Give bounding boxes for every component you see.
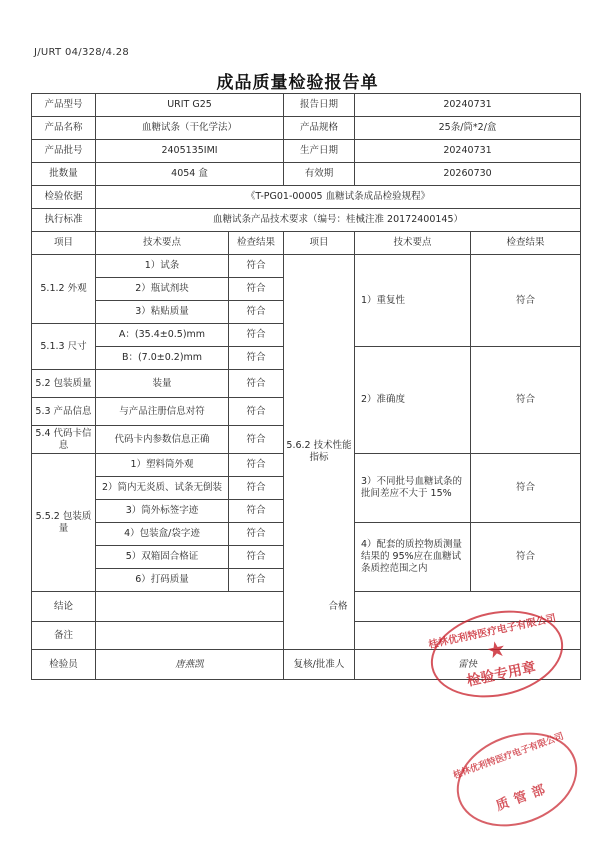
- result: 符合: [229, 301, 284, 324]
- header: 项目: [284, 232, 355, 255]
- tech-point: B：(7.0±0.2)mm: [96, 347, 229, 370]
- result: 符合: [229, 347, 284, 370]
- result: 符合: [471, 523, 581, 592]
- label: 检验员: [32, 650, 96, 680]
- label: 复核/批准人: [284, 650, 355, 680]
- result: 符合: [229, 569, 284, 592]
- value: URIT G25: [96, 94, 284, 117]
- tech-point: 2）筒内无炎质、试条无倒装: [96, 477, 229, 500]
- label: 备注: [32, 622, 96, 650]
- result: 符合: [471, 454, 581, 523]
- tech-point: A：(35.4±0.5)mm: [96, 324, 229, 347]
- value: 血糖试条（干化学法）: [96, 117, 284, 140]
- result: 符合: [229, 500, 284, 523]
- group-label: 5.4 代码卡信息: [32, 426, 96, 454]
- label: 生产日期: [284, 140, 355, 163]
- label: 检验依据: [32, 186, 96, 209]
- label: 产品规格: [284, 117, 355, 140]
- result: 符合: [229, 255, 284, 278]
- label: 产品批号: [32, 140, 96, 163]
- tech-point: 1）试条: [96, 255, 229, 278]
- tech-point: 3）粘贴质量: [96, 301, 229, 324]
- label: 报告日期: [284, 94, 355, 117]
- row-name: 产品名称 血糖试条（干化学法） 产品规格 25条/筒*2/盒: [32, 117, 581, 140]
- result: 符合: [229, 426, 284, 454]
- tech-point: 装量: [96, 370, 229, 398]
- inspector-signature: 唐燕凯: [96, 650, 284, 680]
- group-label: 5.1.2 外观: [32, 255, 96, 324]
- result: 符合: [229, 546, 284, 569]
- tech-point: 2）准确度: [355, 347, 471, 454]
- value: 血糖试条产品技术要求（编号：桂械注准 20172400145）: [96, 209, 581, 232]
- label: 执行标准: [32, 209, 96, 232]
- value: 25条/筒*2/盒: [355, 117, 581, 140]
- tech-point: 1）重复性: [355, 255, 471, 347]
- result: 符合: [229, 278, 284, 301]
- value: 20240731: [355, 94, 581, 117]
- stamp-org: 桂林优利特医疗电子有限公司: [450, 728, 567, 781]
- label: 结论: [32, 592, 96, 622]
- row-headers: 项目 技术要点 检查结果 项目 技术要点 检查结果: [32, 232, 581, 255]
- tech-point: 3）筒外标签字迹: [96, 500, 229, 523]
- value: 2405135IMI: [96, 140, 284, 163]
- result: 符合: [229, 523, 284, 546]
- page-title: 成品质量检验报告单: [0, 68, 595, 93]
- group-label: 5.6.2 技术性能指标: [284, 255, 355, 650]
- value: 4054 盒: [96, 163, 284, 186]
- header: 检查结果: [471, 232, 581, 255]
- row-model: 产品型号 URIT G25 报告日期 20240731: [32, 94, 581, 117]
- value: 20240731: [355, 140, 581, 163]
- result: 符合: [471, 255, 581, 347]
- tech-point: 与产品注册信息对符: [96, 398, 229, 426]
- department-seal-stamp: 桂林优利特医疗电子有限公司 质管部: [444, 716, 591, 842]
- group-label: 5.1.3 尺寸: [32, 324, 96, 370]
- document-code: J/URT 04/328/4.28: [34, 47, 129, 58]
- row-standard: 执行标准 血糖试条产品技术要求（编号：桂械注准 20172400145）: [32, 209, 581, 232]
- tech-point: 6）打码质量: [96, 569, 229, 592]
- result: 符合: [229, 324, 284, 347]
- group-label: 5.3 产品信息: [32, 398, 96, 426]
- stamp-label: 质管部: [463, 766, 582, 825]
- value: 《T-PG01-00005 血糖试条成品检验规程》: [96, 186, 581, 209]
- header: 技术要点: [96, 232, 229, 255]
- group-label: 5.5.2 包装质量: [32, 454, 96, 592]
- tech-point: 1）塑料筒外观: [96, 454, 229, 477]
- row-batch: 产品批号 2405135IMI 生产日期 20240731: [32, 140, 581, 163]
- tech-point: 代码卡内参数信息正确: [96, 426, 229, 454]
- result: 符合: [229, 398, 284, 426]
- result: 符合: [229, 454, 284, 477]
- result: 符合: [471, 347, 581, 454]
- label: 产品型号: [32, 94, 96, 117]
- header: 检查结果: [229, 232, 284, 255]
- tech-point: 4）配套的质控物质测量结果的 95%应在血糖试条质控范围之内: [355, 523, 471, 592]
- row-basis: 检验依据 《T-PG01-00005 血糖试条成品检验规程》: [32, 186, 581, 209]
- result: 符合: [229, 477, 284, 500]
- row-appearance-1: 5.1.2 外观 1）试条 符合 5.6.2 技术性能指标 1）重复性 符合: [32, 255, 581, 278]
- group-label: 5.2 包装质量: [32, 370, 96, 398]
- tech-point: 5）双箱固合格证: [96, 546, 229, 569]
- row-qty: 批数量 4054 盒 有效期 20260730: [32, 163, 581, 186]
- label: 产品名称: [32, 117, 96, 140]
- inspection-report-table: 产品型号 URIT G25 报告日期 20240731 产品名称 血糖试条（干化…: [31, 93, 581, 680]
- result: 符合: [229, 370, 284, 398]
- label: 有效期: [284, 163, 355, 186]
- label: 批数量: [32, 163, 96, 186]
- tech-point: 4）包装盒/袋字迹: [96, 523, 229, 546]
- header: 项目: [32, 232, 96, 255]
- value: 20260730: [355, 163, 581, 186]
- tech-point: 2）瓶试剂块: [96, 278, 229, 301]
- tech-point: 3）不同批号血糖试条的批间差应不大于 15%: [355, 454, 471, 523]
- header: 技术要点: [355, 232, 471, 255]
